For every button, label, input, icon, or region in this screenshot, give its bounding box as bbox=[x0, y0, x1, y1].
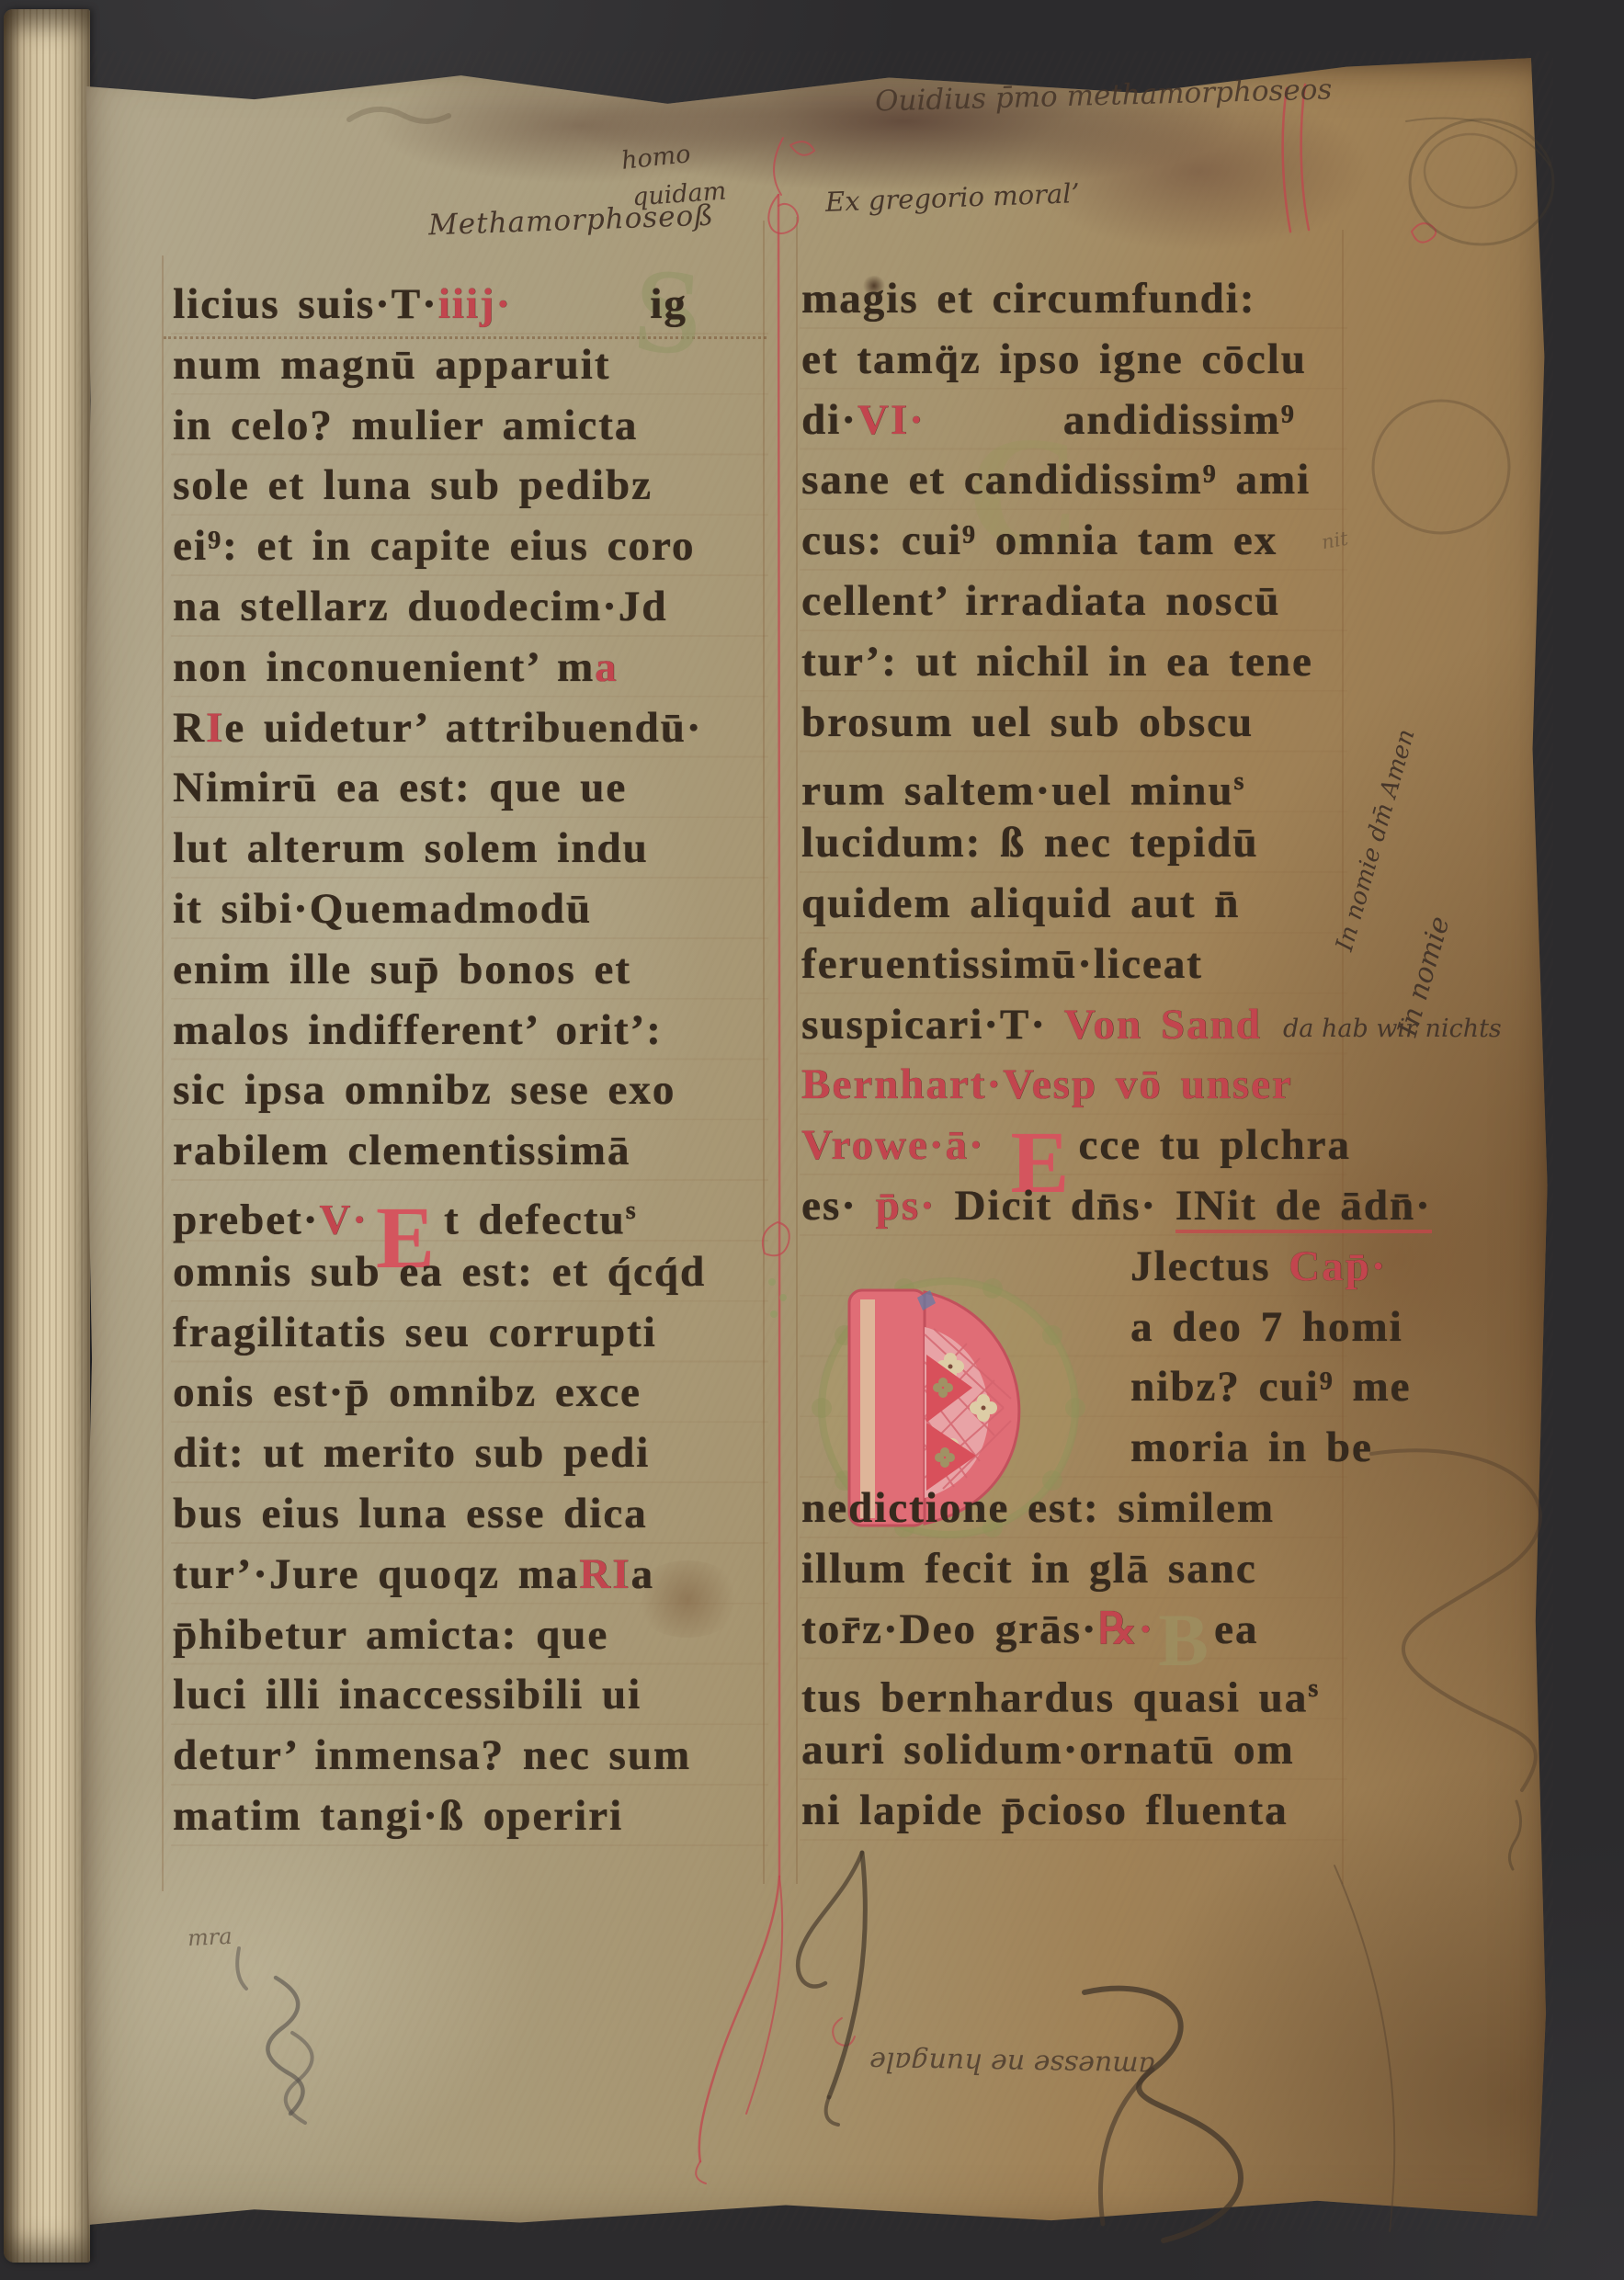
text-segment: tor̄z·Deo grās· bbox=[801, 1605, 1097, 1653]
text-line: licius suis·T·iiij·ig bbox=[173, 274, 687, 335]
text-segment: cus: cui⁹ omnia tam ex bbox=[801, 516, 1278, 564]
text-segment: Cap̄· bbox=[1289, 1242, 1387, 1290]
text-line: cellent’ irradiata noscū bbox=[801, 571, 1280, 631]
text-segment: lucidum: ß nec tepidū bbox=[801, 819, 1258, 867]
text-line: malos indifferent’ orit’: bbox=[173, 1000, 663, 1061]
pen-trial-inverted-text: amuesse ne hungale bbox=[869, 2045, 1155, 2081]
text-line: in celo? mulier amicta bbox=[173, 395, 638, 456]
text-segment: dit: ut merito sub pedi bbox=[173, 1429, 650, 1477]
text-line: quidem aliquid aut n̄ bbox=[801, 873, 1240, 934]
text-segment: malos indifferent’ orit’: bbox=[173, 1006, 663, 1054]
text-line: nibz? cui⁹ me bbox=[801, 1356, 1411, 1417]
text-segment: in celo? mulier amicta bbox=[173, 402, 638, 449]
text-line: it sibi·Quemadmodū bbox=[173, 879, 592, 939]
text-segment: enim ille sup̄ bonos et bbox=[173, 946, 631, 993]
text-segment: detur’ inmensa? nec sum bbox=[173, 1731, 691, 1779]
text-segment: sane et candidissim⁹ ami bbox=[801, 456, 1311, 504]
text-line: magis et circumfundi: bbox=[801, 268, 1255, 329]
text-line: tur’: ut nichil in ea tene bbox=[801, 631, 1313, 692]
annotation-da-hab-wir-nichts: da hab wir nichts bbox=[1283, 1015, 1502, 1043]
text-segment: luci illi inaccessibili ui bbox=[173, 1671, 642, 1719]
text-segment: andidissim⁹ bbox=[1063, 396, 1296, 444]
text-line: sic ipsa omnibz sese exo bbox=[173, 1060, 676, 1120]
text-segment: bus eius luna esse dica bbox=[173, 1490, 648, 1537]
text-segment: onis est·p̄ omnibz exce bbox=[173, 1368, 642, 1416]
text-segment: rabilem clementissimā bbox=[173, 1127, 630, 1174]
text-line: tur’·Jure quoqz maRIa bbox=[173, 1544, 654, 1605]
text-segment: brosum uel sub obscu bbox=[801, 698, 1254, 746]
text-line: tus bernhardus quasi uas bbox=[801, 1659, 1320, 1719]
text-segment: it sibi·Quemadmodū bbox=[173, 885, 592, 933]
text-segment: tur’: ut nichil in ea tene bbox=[801, 638, 1313, 686]
text-segment: ei⁹: et in capite eius coro bbox=[173, 522, 695, 570]
text-segment: Vrowe·ā· bbox=[801, 1121, 1003, 1169]
text-segment: ig bbox=[650, 280, 687, 328]
text-line: matim tangi·ß operiri bbox=[173, 1786, 623, 1846]
text-segment: nibz? cui⁹ me bbox=[1130, 1363, 1411, 1411]
text-segment: VI· bbox=[857, 396, 926, 444]
text-segment: moria in be bbox=[1130, 1424, 1373, 1471]
text-segment: rum saltem·uel minu bbox=[801, 767, 1233, 815]
text-segment: tur’·Jure quoqz ma bbox=[173, 1550, 579, 1598]
text-line: a deo 7 homi bbox=[801, 1297, 1403, 1357]
text-line: onis est·p̄ omnibz exce bbox=[173, 1362, 642, 1423]
text-segment: et tamq̈z ipso igne cōclu bbox=[801, 335, 1307, 383]
text-line: luci illi inaccessibili ui bbox=[173, 1664, 642, 1725]
text-segment: V· bbox=[319, 1197, 369, 1244]
text-segment: INit de ādn̄· bbox=[1175, 1182, 1432, 1233]
text-line: cus: cui⁹ omnia tam ex bbox=[801, 510, 1278, 571]
manuscript-photo: S C licius suis·T·iiij·ignum magnū appar… bbox=[0, 0, 1624, 2280]
text-line: fragilitatis seu corrupti bbox=[173, 1302, 657, 1363]
text-line: bus eius luna esse dica bbox=[173, 1483, 648, 1544]
text-line: Vrowe·ā· Ecce tu plchra bbox=[801, 1115, 1351, 1175]
text-segment: omnis sub ea est: et q́cq́d bbox=[173, 1248, 706, 1296]
text-segment: suspicari·T· bbox=[801, 1001, 1064, 1049]
text-line: brosum uel sub obscu bbox=[801, 692, 1254, 753]
text-line: nedictione est: similem bbox=[801, 1478, 1275, 1538]
text-line: moria in be bbox=[801, 1417, 1373, 1478]
text-segment: cce tu plchra bbox=[1078, 1121, 1350, 1169]
text-segment: p̄hibetur amicta: que bbox=[173, 1611, 608, 1659]
text-segment: feruentissimū·liceat bbox=[801, 940, 1203, 988]
text-segment: nedictione est: similem bbox=[801, 1484, 1275, 1532]
text-line: p̄hibetur amicta: que bbox=[173, 1605, 608, 1665]
text-segment: p̄s· bbox=[876, 1182, 937, 1230]
text-segment: t defectu bbox=[444, 1197, 626, 1244]
text-segment: sole et luna sub pedibz bbox=[173, 461, 653, 509]
text-line: lucidum: ß nec tepidū bbox=[801, 812, 1258, 873]
text-segment: Von Sand bbox=[1064, 1001, 1262, 1049]
text-line: es· p̄s· Dicit dn̄s· INit de ādn̄· bbox=[801, 1175, 1432, 1236]
text-segment: na stellarz duodecim·Jd bbox=[173, 583, 667, 630]
text-segment: Jlectus bbox=[1130, 1242, 1289, 1290]
text-segment: s bbox=[626, 1197, 638, 1225]
text-line: prebet·V·Et defectus bbox=[173, 1181, 638, 1242]
text-segment: matim tangi·ß operiri bbox=[173, 1792, 623, 1840]
text-segment: tus bernhardus quasi ua bbox=[801, 1674, 1308, 1722]
text-line: rabilem clementissimā bbox=[173, 1120, 630, 1181]
text-line: feruentissimū·liceat bbox=[801, 934, 1203, 994]
text-segment: illum fecit in glā sanc bbox=[801, 1545, 1257, 1593]
text-segment: licius suis·T· bbox=[173, 280, 438, 328]
text-segment: RI bbox=[579, 1550, 630, 1598]
text-line: Bernhart·Vesp vō unser bbox=[801, 1054, 1293, 1115]
text-line: enim ille sup̄ bonos et bbox=[173, 939, 631, 1000]
text-line: detur’ inmensa? nec sum bbox=[173, 1725, 691, 1786]
text-segment: Nimirū ea est: que ue bbox=[173, 764, 627, 811]
text-segment: lut alterum solem indu bbox=[173, 824, 649, 872]
text-segment: es· bbox=[801, 1182, 876, 1230]
text-segment: ni lapide p̄cioso fluenta bbox=[801, 1787, 1289, 1834]
annotation-nit: nit bbox=[1320, 527, 1349, 554]
text-line: RIe uidetur’ attribuendū· bbox=[173, 698, 702, 758]
text-segment: Dicit dn̄s· bbox=[937, 1182, 1175, 1230]
text-segment: fragilitatis seu corrupti bbox=[173, 1309, 657, 1356]
text-segment: prebet· bbox=[173, 1197, 319, 1244]
text-segment: non inconuenient’ m bbox=[173, 643, 595, 691]
text-line: tor̄z·Deo grās·℞·Bea bbox=[801, 1599, 1258, 1660]
text-segment: a deo 7 homi bbox=[1130, 1303, 1403, 1351]
text-segment: magis et circumfundi: bbox=[801, 275, 1255, 323]
text-segment: auri solidum·ornatū om bbox=[801, 1726, 1295, 1774]
text-segment: Bernhart·Vesp vō unser bbox=[801, 1061, 1293, 1108]
text-line: suspicari·T· Von Sand bbox=[801, 994, 1262, 1055]
text-segment: iiij· bbox=[438, 280, 513, 328]
text-segment: di· bbox=[801, 396, 857, 444]
text-line: dit: ut merito sub pedi bbox=[173, 1423, 650, 1483]
text-segment: s bbox=[1233, 767, 1245, 796]
text-segment: s bbox=[1308, 1674, 1320, 1703]
text-line: et tamq̈z ipso igne cōclu bbox=[801, 329, 1307, 390]
pen-trial-mra: mra bbox=[187, 1923, 233, 1952]
book-fore-edge bbox=[4, 9, 90, 2263]
text-line: na stellarz duodecim·Jd bbox=[173, 576, 667, 637]
text-segment: ea bbox=[1214, 1605, 1258, 1653]
text-segment: e uidetur’ attribuendū· bbox=[224, 704, 702, 752]
text-line: Jlectus Cap̄· bbox=[801, 1236, 1387, 1297]
text-line: num magnū apparuit bbox=[173, 335, 610, 395]
text-line: sole et luna sub pedibz bbox=[173, 455, 653, 516]
text-segment: sic ipsa omnibz sese exo bbox=[173, 1066, 676, 1114]
text-segment: ℞· bbox=[1097, 1605, 1154, 1653]
text-segment: quidem aliquid aut n̄ bbox=[801, 879, 1240, 927]
text-line: ni lapide p̄cioso fluenta bbox=[801, 1780, 1289, 1841]
text-segment: a bbox=[595, 643, 619, 691]
text-line: non inconuenient’ ma bbox=[173, 637, 619, 698]
text-line: di·VI·andidissim⁹ bbox=[801, 390, 1296, 450]
text-segment: cellent’ irradiata noscū bbox=[801, 577, 1280, 625]
text-line: ei⁹: et in capite eius coro bbox=[173, 516, 695, 576]
text-line: omnis sub ea est: et q́cq́d bbox=[173, 1242, 706, 1302]
text-segment: a bbox=[631, 1550, 655, 1598]
text-line: lut alterum solem indu bbox=[173, 818, 649, 879]
text-segment: num magnū apparuit bbox=[173, 341, 610, 389]
text-segment: R bbox=[173, 704, 206, 752]
text-line: rum saltem·uel minus bbox=[801, 752, 1245, 812]
text-line: auri solidum·ornatū om bbox=[801, 1719, 1295, 1780]
text-line: illum fecit in glā sanc bbox=[801, 1538, 1257, 1599]
text-line: sane et candidissim⁹ ami bbox=[801, 449, 1311, 510]
text-line: Nimirū ea est: que ue bbox=[173, 757, 627, 818]
text-segment: I bbox=[206, 704, 224, 752]
